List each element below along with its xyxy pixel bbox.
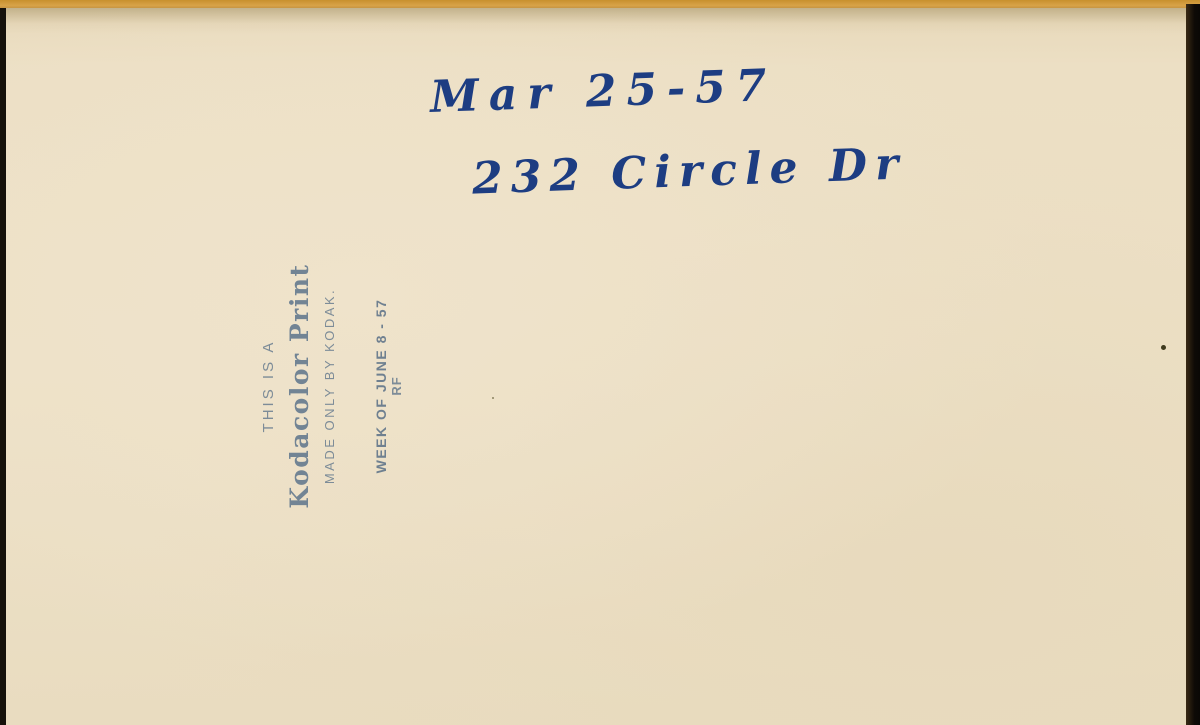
kodacolor-stamp: THIS IS A Kodacolor Print MADE ONLY BY K…	[254, 246, 464, 526]
stamp-line-made-by-kodak: MADE ONLY BY KODAK.	[322, 246, 337, 526]
stamp-line-week-of: WEEK OF JUNE 8 - 57	[373, 246, 389, 526]
stamp-line-rf: RF	[389, 246, 404, 526]
paper-speck	[492, 397, 494, 399]
handwritten-date: Mar 25-57	[429, 60, 777, 123]
kodacolor-stamp-text: THIS IS A Kodacolor Print MADE ONLY BY K…	[254, 246, 464, 526]
right-edge-shadow	[1186, 4, 1200, 725]
paper-speck	[1161, 345, 1166, 350]
paper-top-shadow	[6, 8, 1186, 34]
photo-paper: Mar 25-57 232 Circle Dr THIS IS A Kodaco…	[6, 8, 1186, 725]
handwritten-address: 232 Circle Dr	[471, 138, 907, 204]
scanned-photo-back: Mar 25-57 232 Circle Dr THIS IS A Kodaco…	[0, 0, 1200, 725]
stamp-line-kodacolor-print: Kodacolor Print	[285, 246, 314, 526]
stamp-line-this-is-a: THIS IS A	[260, 246, 277, 526]
